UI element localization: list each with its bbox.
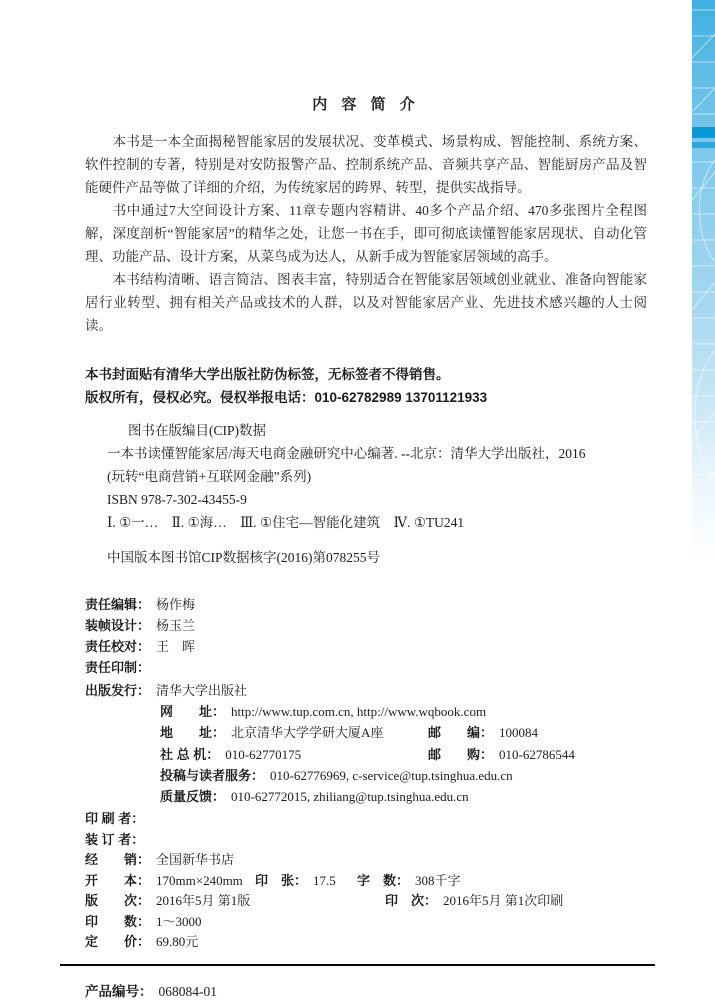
contact-row-quality-feedback: 质量反馈：010-62772015, zhiliang@tup.tsinghua… — [160, 786, 647, 807]
summary-paragraph: 书中通过7大空间设计方案、11章专题内容精讲、40多个产品介绍、470多张图片全… — [85, 199, 647, 268]
publisher-row: 出版发行：清华大学出版社 — [85, 680, 647, 701]
contact-section: 网 址：http://www.tup.com.cn, http://www.wq… — [85, 701, 647, 807]
cip-heading: 图书在版编目(CIP)数据 — [85, 419, 647, 442]
contact-row-reader-service: 投稿与读者服务：010-62776969, c-service@tup.tsin… — [160, 765, 647, 786]
publisher-label: 出版发行： — [85, 683, 150, 698]
reader-service-label: 投稿与读者服务： — [160, 768, 264, 783]
mailorder-value: 010-62786544 — [493, 747, 575, 762]
price-row: 定 价：69.80元 — [85, 932, 647, 952]
impression-value: 2016年5月 第1次印刷 — [437, 893, 563, 908]
binder-row: 装 订 者： — [85, 830, 647, 850]
credit-row: 责任印制： — [85, 657, 647, 678]
edition-label: 版 次： — [85, 893, 150, 908]
summary-paragraphs: 本书是一本全面揭秘智能家居的发展状况、变革模式、场景构成、智能控制、系统方案、软… — [85, 130, 647, 337]
decorative-side-band — [692, 0, 715, 720]
print-run-value: 1～3000 — [150, 914, 202, 929]
footer-divider — [60, 964, 655, 966]
sheets-pair: 印 张：17.5 — [255, 871, 336, 891]
price-value: 69.80元 — [150, 934, 198, 949]
binder-value — [144, 832, 150, 847]
address-value: 北京清华大学学研大厦A座 — [225, 725, 383, 740]
format-row: 开 本：170mm×240mm 印 张：17.5 字 数：308千字 — [85, 871, 647, 891]
anti-piracy-notice: 本书封面贴有清华大学出版社防伪标签，无标签者不得销售。 — [85, 363, 647, 386]
printer-value — [144, 811, 150, 826]
wordcount-label: 字 数： — [357, 873, 409, 888]
credit-label: 责任校对： — [85, 639, 150, 654]
cip-section: 图书在版编目(CIP)数据 一本书读懂智能家居/海天电商金融研究中心编著. --… — [85, 419, 647, 569]
edition-value: 2016年5月 第1版 — [150, 893, 250, 908]
credit-row: 装帧设计：杨玉兰 — [85, 615, 647, 636]
postcode-label: 邮 编： — [428, 725, 493, 740]
cip-series: (玩转“电商营销+互联网金融”系列) — [85, 465, 647, 488]
mailorder-label: 邮 购： — [428, 747, 493, 762]
cip-isbn: ISBN 978-7-302-43455-9 — [85, 488, 647, 511]
band-light-stripe — [692, 142, 715, 148]
page-content: 内 容 简 介 本书是一本全面揭秘智能家居的发展状况、变革模式、场景构成、智能控… — [85, 0, 647, 1000]
distributor-value: 全国新华书店 — [150, 852, 234, 867]
switchboard-label: 社 总 机： — [160, 747, 219, 762]
product-number-row: 产品编号：068084-01 — [85, 980, 647, 1000]
wordcount-pair: 字 数：308千字 — [357, 871, 461, 891]
colophon-section: 印 刷 者： 装 订 者： 经 销：全国新华书店 开 本：170mm×240mm… — [85, 809, 647, 952]
contact-row-switchboard: 社 总 机：010-62770175 邮 购：010-62786544 — [160, 744, 647, 765]
postcode-value: 100084 — [493, 725, 538, 740]
band-dark-stripe — [692, 127, 715, 138]
credit-row: 责任编辑：杨作梅 — [85, 594, 647, 615]
format-value: 170mm×240mm — [150, 873, 243, 888]
address-label: 地 址： — [160, 725, 225, 740]
binder-label: 装 订 者： — [85, 832, 144, 847]
sheets-value: 17.5 — [307, 873, 336, 888]
credit-value: 杨玉兰 — [150, 618, 195, 633]
globe-wireframe-pattern — [692, 0, 715, 720]
credit-label: 责任印制： — [85, 660, 150, 675]
printer-row: 印 刷 者： — [85, 809, 647, 829]
impression-label: 印 次： — [385, 893, 437, 908]
postcode-pair: 邮 编：100084 — [428, 722, 538, 743]
cip-classification: Ⅰ. ①一… Ⅱ. ①海… Ⅲ. ①住宅—智能化建筑 Ⅳ. ①TU241 — [85, 511, 647, 534]
website-label: 网 址： — [160, 704, 225, 719]
price-label: 定 价： — [85, 934, 150, 949]
credit-value: 杨作梅 — [150, 597, 195, 612]
contact-row-website: 网 址：http://www.tup.com.cn, http://www.wq… — [160, 701, 647, 722]
credit-row: 责任校对：王 晖 — [85, 636, 647, 657]
printer-label: 印 刷 者： — [85, 811, 144, 826]
switchboard-value: 010-62770175 — [219, 747, 301, 762]
wordcount-value: 308千字 — [409, 873, 461, 888]
product-number-label: 产品编号： — [85, 984, 153, 999]
quality-feedback-label: 质量反馈： — [160, 789, 225, 804]
copyright-page: 内 容 简 介 本书是一本全面揭秘智能家居的发展状况、变革模式、场景构成、智能控… — [0, 0, 715, 1000]
credit-value — [150, 660, 156, 675]
contact-row-address: 地 址：北京清华大学学研大厦A座 邮 编：100084 — [160, 722, 647, 743]
cip-entry: 一本书读懂智能家居/海天电商金融研究中心编著. --北京：清华大学出版社，201… — [85, 442, 647, 465]
sheets-label: 印 张： — [255, 873, 307, 888]
format-label: 开 本： — [85, 873, 150, 888]
copyright-notice: 版权所有，侵权必究。侵权举报电话：010-62782989 1370112193… — [85, 386, 647, 409]
quality-feedback-value: 010-62772015, zhiliang@tup.tsinghua.edu.… — [225, 789, 469, 804]
product-number-value: 068084-01 — [153, 984, 218, 999]
publisher-name: 清华大学出版社 — [150, 683, 247, 698]
edition-row: 版 次：2016年5月 第1版 印 次：2016年5月 第1次印刷 — [85, 891, 647, 911]
credit-label: 装帧设计： — [85, 618, 150, 633]
summary-title: 内 容 简 介 — [85, 93, 647, 114]
distributor-row: 经 销：全国新华书店 — [85, 850, 647, 870]
credits-section: 责任编辑：杨作梅 装帧设计：杨玉兰 责任校对：王 晖 责任印制： 出版发行：清华… — [85, 594, 647, 701]
distributor-label: 经 销： — [85, 852, 150, 867]
credit-label: 责任编辑： — [85, 597, 150, 612]
summary-paragraph: 本书是一本全面揭秘智能家居的发展状况、变革模式、场景构成、智能控制、系统方案、软… — [85, 130, 647, 199]
summary-paragraph: 本书结构清晰、语言简洁、图表丰富，特别适合在智能家居领域创业就业、准备向智能家居… — [85, 268, 647, 337]
print-run-row: 印 数：1～3000 — [85, 912, 647, 932]
website-value: http://www.tup.com.cn, http://www.wqbook… — [225, 704, 486, 719]
impression-pair: 印 次：2016年5月 第1次印刷 — [385, 891, 563, 911]
reader-service-value: 010-62776969, c-service@tup.tsinghua.edu… — [264, 768, 513, 783]
print-run-label: 印 数： — [85, 914, 150, 929]
cip-registry: 中国版本图书馆CIP数据核字(2016)第078255号 — [85, 546, 647, 569]
mailorder-pair: 邮 购：010-62786544 — [428, 744, 575, 765]
credit-value: 王 晖 — [150, 639, 195, 654]
